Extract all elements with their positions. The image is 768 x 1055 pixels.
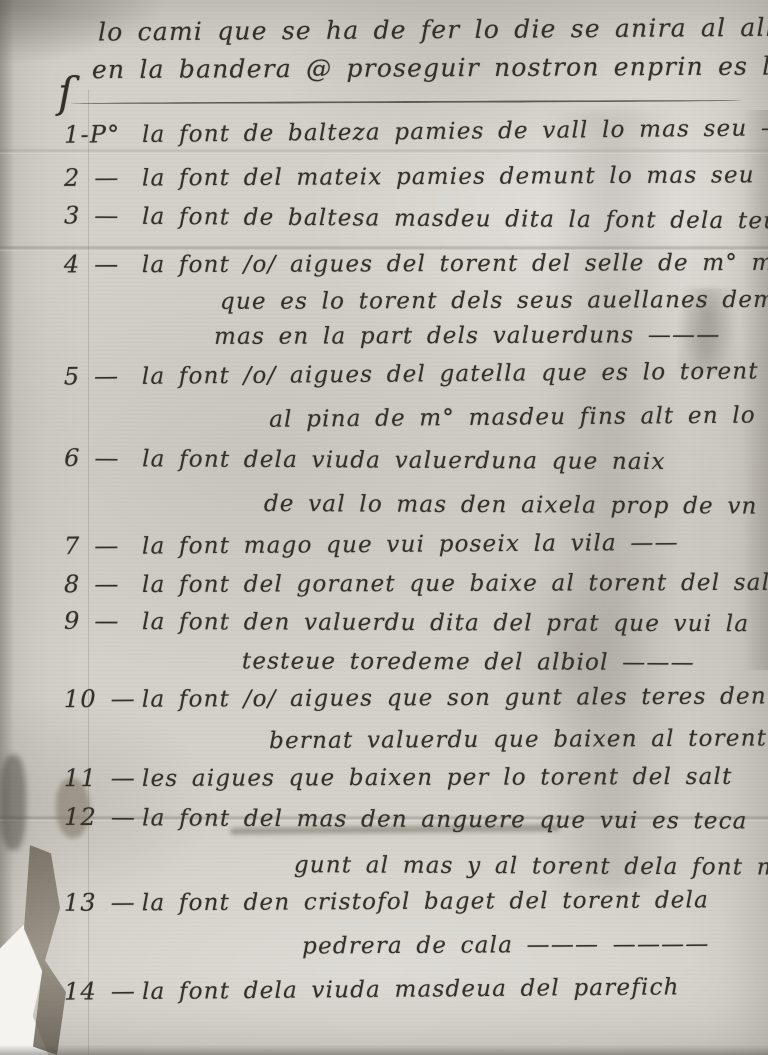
item-number: 11 —	[64, 761, 142, 795]
item-number: 8 —	[64, 567, 142, 601]
pen-flourish: ſ	[58, 68, 74, 117]
list-item-6: 6 —la font dela viuda valuerduna que nai…	[64, 441, 768, 524]
bottom-edge-shade	[0, 1045, 768, 1055]
item-line: gunt al mas y al torent dela font mago —	[294, 848, 768, 885]
list-item-10: 10 —la font /o/ aigues que son gunt ales…	[64, 678, 768, 759]
item-number: 1-P°	[64, 117, 142, 152]
list-item-8: 8 —la font del goranet que baixe al tore…	[64, 565, 768, 603]
item-number: 9 —	[64, 604, 142, 638]
item-number: 13 —	[64, 885, 142, 919]
item-line: la font /o/ aigues del torent del selle …	[142, 250, 768, 278]
manuscript-page: lo cami que se ha de fer lo die se anira…	[0, 0, 768, 1055]
item-line: testeue toredeme del albiol ———	[242, 644, 749, 680]
item-line: la font den cristofol baget del torent d…	[142, 887, 709, 916]
item-number: 5 —	[64, 359, 142, 394]
list-item-2: 2 —la font del mateix pamies demunt lo m…	[64, 157, 768, 196]
item-line: la font dela viuda valuerduna que naix	[142, 446, 666, 475]
item-line: la font del goranet que baixe al torent …	[142, 570, 768, 598]
item-line: al pina de m° masdeu fins alt en lo mill…	[269, 397, 768, 436]
item-line: la font dela viuda masdeua del parefich	[142, 974, 680, 1005]
list-item-7: 7 —la font mago que vui poseix la vila —…	[64, 525, 679, 564]
item-line: la font mago que vui poseix la vila ——	[142, 530, 679, 560]
list-item-5: 5 —la font /o/ aigues del gatella que es…	[64, 352, 768, 438]
item-number: 10 —	[64, 682, 142, 716]
item-line: bernat valuerdu que baixen al torent del…	[269, 721, 768, 758]
item-line: la font de balteza pamies de vall lo mas…	[142, 115, 768, 148]
item-number: 4 —	[64, 247, 142, 281]
list-item-9: 9 —la font den valuerdu dita del prat qu…	[64, 604, 749, 680]
list-item-1: 1-P°la font de balteza pamies de vall lo…	[64, 110, 768, 153]
item-line: la font /o/ aigues del gatella que es lo…	[142, 358, 768, 390]
item-line: la font del mas den anguere que vui es t…	[142, 805, 748, 834]
item-line: la font del mateix pamies demunt lo mas …	[142, 162, 768, 191]
item-number: 2 —	[64, 160, 142, 194]
list-item-4: 4 —la font /o/ aigues del torent del sel…	[64, 245, 768, 355]
left-edge-shade	[0, 0, 14, 1055]
edge-stain	[0, 755, 26, 850]
item-number: 6 —	[64, 441, 142, 475]
item-number: 7 —	[64, 529, 142, 564]
header-line-1: lo cami que se ha de fer lo die se anira…	[98, 11, 768, 48]
list-item-13: 13 —la font den cristofol baget del tore…	[64, 882, 710, 964]
list-item-3: 3 —la font de baltesa masdeu dita la fon…	[64, 198, 768, 238]
item-number: 12 —	[64, 800, 142, 834]
header-line-2: en la bandera @ proseguir nostron enprin…	[92, 50, 768, 86]
list-item-11: 11 —les aigues que baixen per lo torent …	[64, 759, 733, 796]
heading-rule	[70, 100, 742, 105]
item-line: les aigues que baixen per lo torent del …	[142, 764, 733, 792]
item-line: mas en la part dels valuerduns ———	[214, 318, 768, 354]
item-line: que es lo torent dels seus auellanes dem…	[220, 283, 768, 319]
item-number: 3 —	[64, 198, 142, 233]
list-item-14: 14 —la font dela viuda masdeua del paref…	[64, 969, 680, 1009]
item-line: la font /o/ aigues que son gunt ales ter…	[142, 683, 767, 712]
item-line: la font de baltesa masdeu dita la font d…	[142, 204, 768, 235]
item-number: 14 —	[64, 974, 142, 1009]
list-item-12: 12 —la font del mas den anguere que vui …	[64, 800, 768, 885]
item-line: pedrera de cala ——— ————	[302, 927, 710, 963]
item-line: de val lo mas den aixela prop de vn amel…	[264, 487, 768, 524]
item-line: la font den valuerdu dita del prat que v…	[142, 609, 749, 637]
